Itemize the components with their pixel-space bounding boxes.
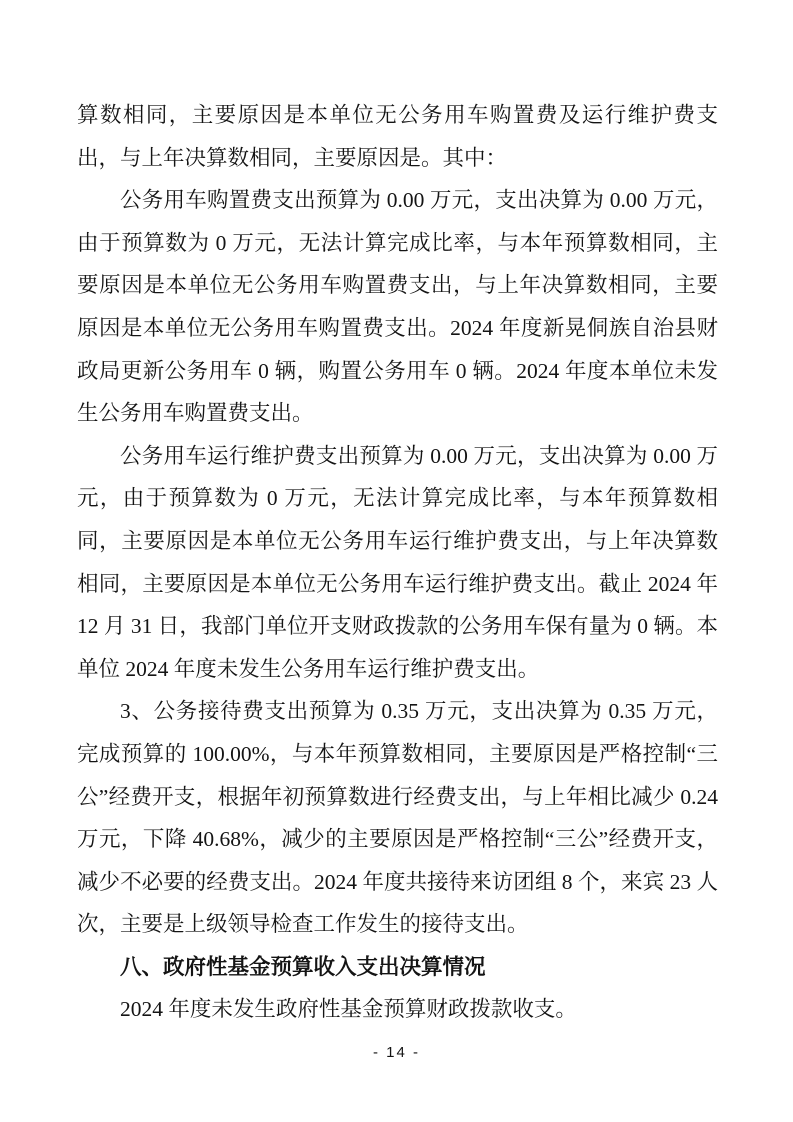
document-page: 算数相同，主要原因是本单位无公务用车购置费及运行维护费支出，与上年决算数相同，主… [0, 0, 793, 1122]
paragraph-government-fund: 2024 年度未发生政府性基金预算财政拨款收支。 [77, 988, 718, 1031]
page-number: - 14 - [0, 1044, 793, 1062]
paragraph-vehicle-maintenance: 公务用车运行维护费支出预算为 0.00 万元，支出决算为 0.00 万元，由于预… [77, 435, 718, 691]
section-heading-government-fund: 八、政府性基金预算收入支出决算情况 [77, 946, 718, 989]
paragraph-official-reception: 3、公务接待费支出预算为 0.35 万元，支出决算为 0.35 万元，完成预算的… [77, 690, 718, 946]
paragraph-vehicle-purchase: 公务用车购置费支出预算为 0.00 万元，支出决算为 0.00 万元，由于预算数… [77, 179, 718, 435]
paragraph-continuation: 算数相同，主要原因是本单位无公务用车购置费及运行维护费支出，与上年决算数相同，主… [77, 94, 718, 179]
document-body: 算数相同，主要原因是本单位无公务用车购置费及运行维护费支出，与上年决算数相同，主… [77, 94, 718, 1031]
